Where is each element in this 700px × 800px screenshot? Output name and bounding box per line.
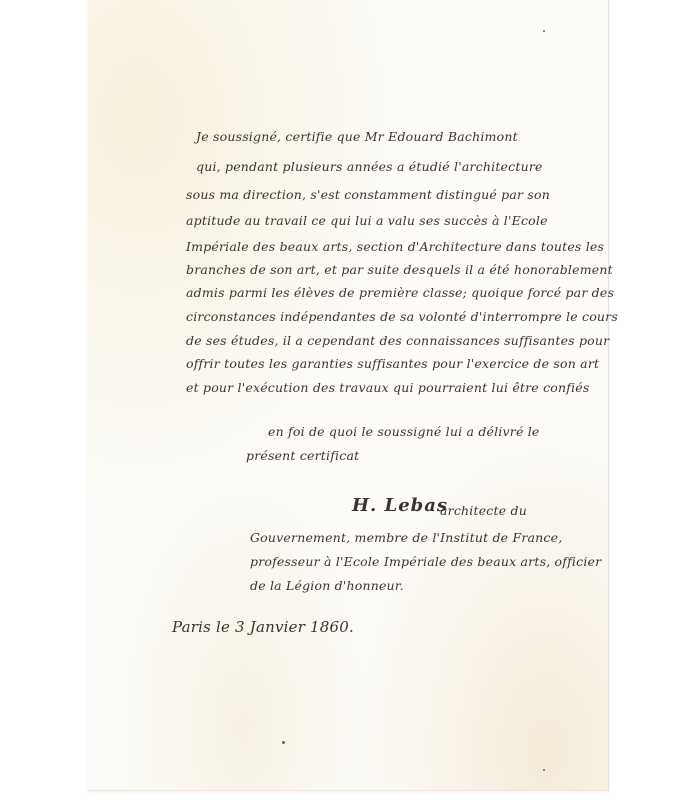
body-line: de ses études, il a cependant des connai… — [186, 333, 609, 349]
date-line: Paris le 3 Janvier 1860. — [172, 618, 354, 636]
signature-title-line: professeur à l'Ecole Impériale des beaux… — [250, 554, 601, 569]
body-line: branches de son art, et par suite desque… — [186, 262, 613, 278]
body-line: et pour l'exécution des travaux qui pour… — [186, 380, 590, 396]
signature-name: H. Lebas — [352, 495, 448, 516]
ink-speck — [543, 769, 545, 771]
signature-title-line: architecte du — [440, 503, 527, 518]
ink-speck — [282, 741, 285, 744]
body-line: qui, pendant plusieurs années a étudié l… — [196, 159, 543, 175]
body-line: circonstances indépendantes de sa volont… — [186, 309, 618, 325]
closing-line: présent certificat — [246, 448, 359, 463]
body-line: sous ma direction, s'est constamment dis… — [186, 187, 550, 203]
body-line: Impériale des beaux arts, section d'Arch… — [186, 239, 604, 255]
body-line: admis parmi les élèves de première class… — [186, 285, 614, 301]
signature-title-line: de la Légion d'honneur. — [250, 578, 404, 593]
body-line: Je soussigné, certifie que Mr Edouard Ba… — [196, 129, 518, 145]
closing-line: en foi de quoi le soussigné lui a délivr… — [268, 424, 540, 439]
signature-title-line: Gouvernement, membre de l'Institut de Fr… — [250, 530, 562, 545]
ink-speck — [543, 30, 545, 32]
body-line: aptitude au travail ce qui lui a valu se… — [186, 213, 548, 229]
body-line: offrir toutes les garanties suffisantes … — [186, 356, 599, 372]
